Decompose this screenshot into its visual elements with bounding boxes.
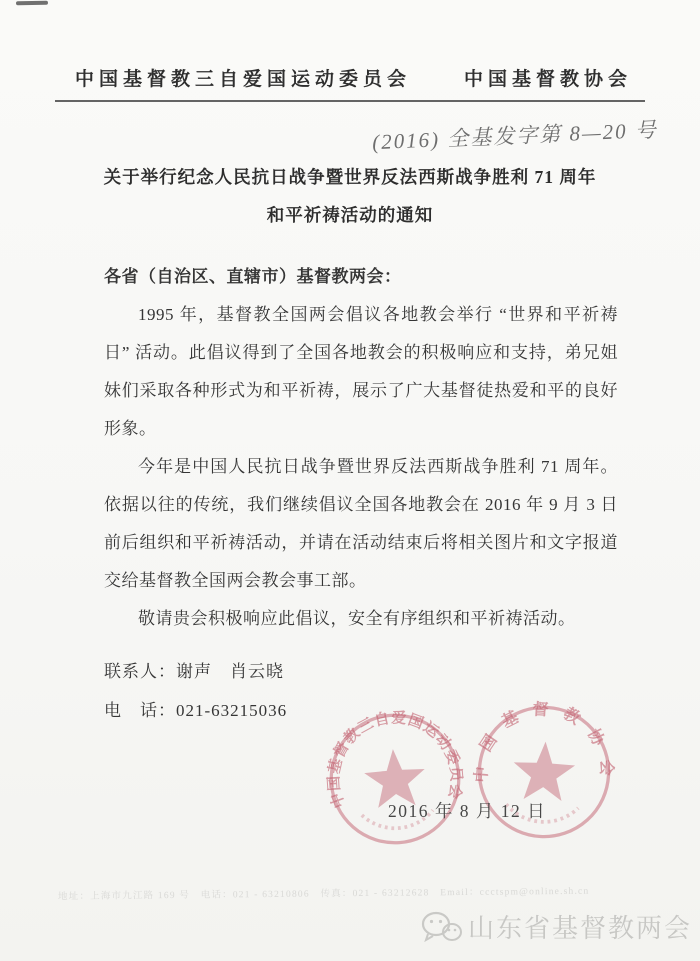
scan-artifact-mark: [16, 1, 48, 6]
footer-address-line: 地址：上海市九江路 169 号 电话：021 - 63210806 传真：021…: [58, 882, 670, 902]
contact-person-label: 联系人：: [104, 662, 176, 681]
wechat-icon: [420, 910, 462, 944]
svg-text:中国基督教协会: 中国基督教协会: [472, 697, 620, 789]
document-body: 各省（自治区、直辖市）基督教两会： 1995 年，基督教全国两会倡议各地教会举行…: [104, 258, 618, 638]
paragraph: 今年是中国人民抗日战争暨世界反法西斯战争胜利 71 周年。依据以往的传统，我们继…: [104, 448, 618, 600]
watermark: 山东省基督教两会: [420, 908, 692, 945]
contact-person-value: 谢声 肖云晓: [176, 662, 284, 681]
contact-phone-row: 电 话：021-63215036: [104, 691, 287, 730]
paragraph: 敬请贵会积极响应此倡议，安全有序组织和平祈祷活动。: [104, 600, 618, 638]
tspm-seal-stamp: 中国基督教三自爱国运动委员会: [315, 699, 475, 859]
salutation: 各省（自治区、直辖市）基督教两会：: [104, 258, 618, 296]
contact-phone-label: 电 话：: [104, 701, 176, 720]
title-line-2: 和平祈祷活动的通知: [0, 196, 700, 234]
ccc-seal-stamp: 中国基督教协会: [464, 692, 624, 852]
contact-block: 联系人：谢声 肖云晓 电 话：021-63215036: [104, 652, 287, 730]
org-name-left: 中国基督教三自爱国运动委员会: [75, 64, 411, 91]
contact-phone-value: 021-63215036: [176, 701, 287, 720]
letterhead: 中国基督教三自爱国运动委员会 中国基督教协会: [75, 64, 632, 91]
seal-ring-text: 中国基督教协会: [472, 697, 620, 789]
document-number-handwritten: (2016) 全基发字第 8—20 号: [372, 114, 659, 156]
seal-star-icon: [512, 740, 576, 802]
org-name-right: 中国基督教协会: [464, 64, 632, 91]
title-line-1: 关于举行纪念人民抗日战争暨世界反法西斯战争胜利 71 周年: [0, 158, 700, 196]
seal-ring: [327, 711, 463, 847]
document-page: 中国基督教三自爱国运动委员会 中国基督教协会 (2016) 全基发字第 8—20…: [0, 0, 700, 961]
document-title: 关于举行纪念人民抗日战争暨世界反法西斯战争胜利 71 周年 和平祈祷活动的通知: [0, 158, 700, 234]
document-date: 2016 年 8 月 12 日: [388, 798, 546, 823]
contact-person-row: 联系人：谢声 肖云晓: [104, 652, 287, 691]
watermark-text: 山东省基督教两会: [468, 908, 692, 945]
letterhead-divider: [55, 100, 645, 102]
paragraph: 1995 年，基督教全国两会倡议各地教会举行 “世界和平祈祷日” 活动。此倡议得…: [104, 296, 618, 448]
seal-ring-text: 中国基督教三自爱国运动委员会: [320, 704, 467, 811]
svg-text:中国基督教三自爱国运动委员会: 中国基督教三自爱国运动委员会: [320, 704, 467, 811]
